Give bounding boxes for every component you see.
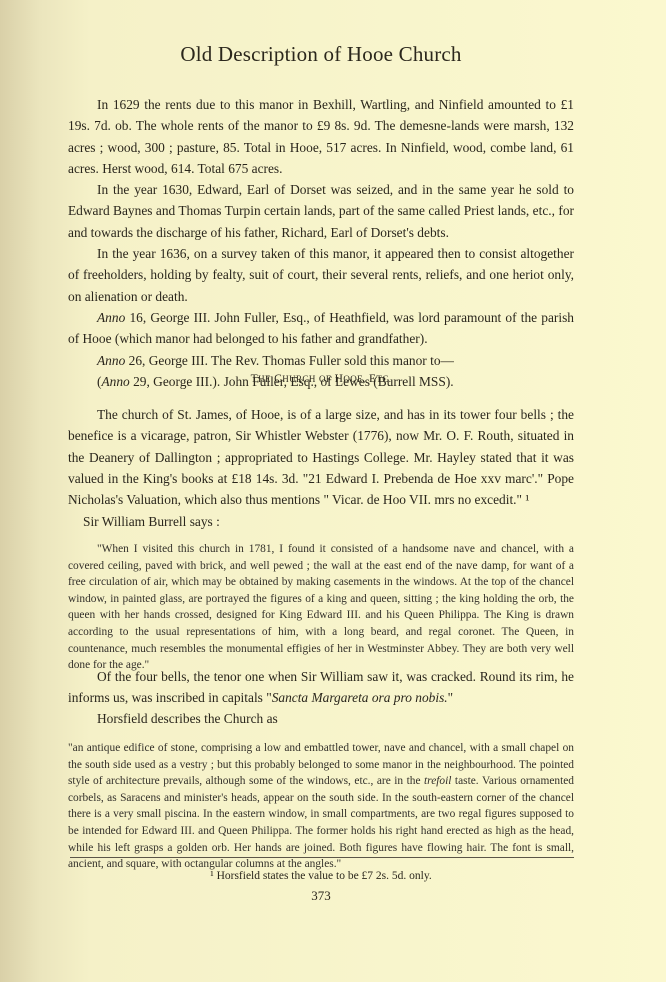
footnote-divider (70, 857, 574, 858)
quote-text: "When I visited this church in 1781, I f… (68, 543, 574, 671)
paragraph-text: In the year 1630, Edward, Earl of Dorset… (68, 182, 574, 240)
paragraph-year-1636: In the year 1636, on a survey taken of t… (68, 243, 574, 307)
heading-letters: TC. (376, 374, 391, 384)
paragraph-anno-26: Anno 26, George III. The Rev. Thomas Ful… (68, 350, 574, 371)
section-title-main: THE CHURCH OF HOOE, ETC. (68, 373, 574, 385)
paragraph-text: 16, George III. John Fuller, Esq., of He… (68, 310, 574, 346)
paragraph-text: Horsfield describes the Church as (97, 711, 278, 726)
paragraph-text: The church of St. James, of Hooe, is of … (68, 407, 574, 507)
heading-letters: HE (258, 374, 271, 384)
anno-label: Anno (97, 310, 125, 325)
heading-letters: OF (319, 374, 331, 384)
anno-label: Anno (97, 353, 125, 368)
bell-inscription: Sancta Margareta ora pro nobis. (272, 690, 448, 705)
paragraph-year-1630: In the year 1630, Edward, Earl of Dorset… (68, 179, 574, 243)
heading-letter: T (251, 373, 258, 385)
horsfield-intro: Horsfield describes the Church as (68, 708, 574, 729)
horsfield-quote: "an antique edifice of stone, comprising… (68, 740, 574, 873)
heading-letters: OOE, (343, 374, 365, 384)
paragraph-rents-1629: In 1629 the rents due to this manor in B… (68, 94, 574, 179)
quote-text: taste. Various ornamented corbels, as Sa… (68, 775, 574, 870)
burrell-intro: Sir William Burrell says : (83, 511, 589, 532)
paragraph-anno-16: Anno 16, George III. John Fuller, Esq., … (68, 307, 574, 350)
closing-quote: " (448, 690, 453, 705)
paragraph-text: In 1629 the rents due to this manor in B… (68, 97, 574, 176)
page-title: Old Description of Hooe Church (68, 42, 574, 67)
footnote: ¹ Horsfield states the value to be £7 2s… (68, 870, 574, 882)
paragraph-four-bells: Of the four bells, the tenor one when Si… (68, 666, 574, 709)
burrell-quote: "When I visited this church in 1781, I f… (68, 541, 574, 674)
heading-letters: HURCH (282, 374, 316, 384)
paragraph-church-st-james: The church of St. James, of Hooe, is of … (68, 404, 574, 510)
paragraph-text: In the year 1636, on a survey taken of t… (68, 246, 574, 304)
paragraph-text: 26, George III. The Rev. Thomas Fuller s… (129, 353, 454, 368)
italic-word: trefoil (424, 775, 451, 787)
page-number: 373 (68, 888, 574, 904)
